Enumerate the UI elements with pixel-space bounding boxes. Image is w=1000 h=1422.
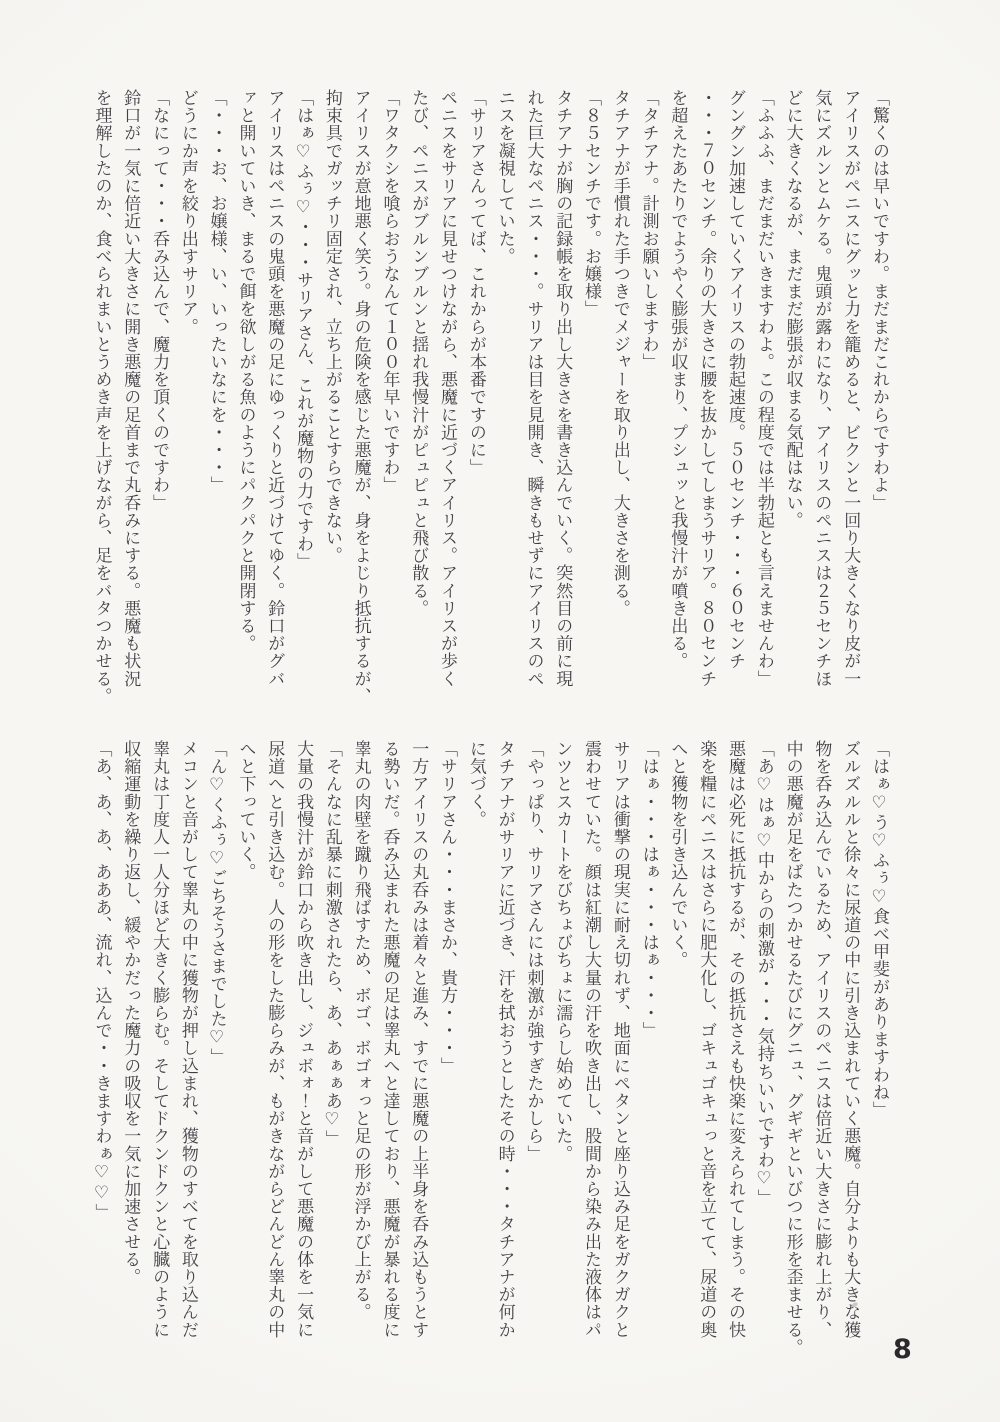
- text-line: どうにか声を絞り出すサリア。: [173, 89, 202, 711]
- text-line: 中の悪魔が足をばたつかせるたびにグニュ、グギギといびつに形を歪ませる。: [778, 740, 807, 1362]
- text-line: どに大きくなるが、まだまだ膨張が収まる気配はない。: [778, 89, 807, 711]
- text-line: アイリスがペニスにグッと力を籠めると、ビクンと一回り大きくなり皮が一: [835, 89, 864, 711]
- text-line: メコンと音がして睾丸の中に獲物が押し込まれ、獲物のすべてを取り込んだ: [173, 740, 202, 1362]
- text-line: 「はぁ♡ふぅ♡・・・サリアさん、これが魔物の力ですわ」: [288, 89, 317, 711]
- text-line: 「・・・お、お嬢様、い、いったいなにを・・・」: [202, 89, 231, 711]
- text-line: 尿道へと引き込む。人の形をした膨らみが、もがきながらどんどん睾丸の中: [259, 740, 288, 1362]
- text-line: 鈴口が一気に倍近い大きさに開き悪魔の足首まで丸呑みにする。悪魔も状況: [115, 89, 144, 711]
- text-line: へと獲物を引き込んでいく。: [663, 740, 692, 1362]
- page-number: 8: [893, 1334, 912, 1365]
- text-line: サリアは衝撃の現実に耐え切れず、地面にペタンと座り込み足をガクガクと: [605, 740, 634, 1362]
- text-line: 「なにって・・・呑み込んで、魔力を頂くのですわ」: [144, 89, 173, 711]
- text-block-top: 「驚くのは早いですわ。まだまだこれからですわよ」アイリスがペニスにグッと力を籠め…: [87, 89, 893, 711]
- text-line: を理解したのか、食べられまいとうめき声を上げながら、足をバタつかせる。: [87, 89, 116, 711]
- text-line: アイリスはペニスの鬼頭を悪魔の足にゆっくりと近づけてゆく。鈴口がグバ: [259, 89, 288, 711]
- text-line: 「タチアナ。計測お願いしますわ」: [634, 89, 663, 711]
- text-line: 物を呑み込んでいるため、アイリスのペニスは倍近い大きさに膨れ上がり、: [807, 740, 836, 1362]
- text-line: 気にズルンとムケる。鬼頭が露わになり、アイリスのペニスは２５センチほ: [807, 89, 836, 711]
- text-block-bottom: 「はぁ♡う♡ふぅ♡食べ甲斐がありますわね」ズルズルルと徐々に尿道の中に引き込まれ…: [87, 740, 893, 1362]
- text-line: アイリスが意地悪く笑う。身の危険を感じた悪魔が、身をよじり抵抗するが、: [346, 89, 375, 711]
- text-line: 「ワタクシを喰らおうなんて１００年早いですわ」: [375, 89, 404, 711]
- text-line: 大量の我慢汁が鈴口から吹き出し、ジュボォ！と音がして悪魔の体を一気に: [288, 740, 317, 1362]
- text-line: たび、ペニスがブルンブルンと揺れ我慢汁がピュピュと飛び散る。: [403, 89, 432, 711]
- text-line: 拘束具でガッチリ固定され、立ち上がることすらできない。: [317, 89, 346, 711]
- text-line: 収縮運動を繰り返し、緩やかだった魔力の吸収を一気に加速させる。: [115, 740, 144, 1362]
- text-line: ニスを凝視していた。: [490, 89, 519, 711]
- text-line: ンツとスカートをびちょびちょに濡らし始めていた。: [547, 740, 576, 1362]
- text-line: ァと開いていき、まるで餌を欲しがる魚のようにパクパクと開閉する。: [231, 89, 260, 711]
- text-line: を超えたあたりでようやく膨張が収まり、プシュッと我慢汁が噴き出る。: [663, 89, 692, 711]
- text-line: タチアナが手慣れた手つきでメジャーを取り出し、大きさを測る。: [605, 89, 634, 711]
- text-line: ズルズルルと徐々に尿道の中に引き込まれていく悪魔。自分よりも大きな獲: [835, 740, 864, 1362]
- text-line: ・・・７０センチ。余りの大きさに腰を抜かしてしまうサリア。８０センチ: [691, 89, 720, 711]
- text-line: に気づく。: [461, 740, 490, 1362]
- text-line: 「ふふふ、まだまだいきますわよ。この程度では半勃起とも言えませんわ」: [749, 89, 778, 711]
- text-line: 「あ♡はぁ♡中からの刺激が・・・気持ちいいですわ♡」: [749, 740, 778, 1362]
- text-line: タチアナがサリアに近づき、汗を拭おうとしたその時・・・タチアナが何か: [490, 740, 519, 1362]
- document-page: 「驚くのは早いですわ。まだまだこれからですわよ」アイリスがペニスにグッと力を籠め…: [0, 0, 1000, 1422]
- text-line: 震わせていた。顔は紅潮し大量の汗を吹き出し、股間から染み出た液体はパ: [576, 740, 605, 1362]
- text-line: 「やっぱり、サリアさんには刺激が強すぎたかしら」: [519, 740, 548, 1362]
- text-line: 「サリアさん・・・まさか、貴方・・・」: [432, 740, 461, 1362]
- text-line: ペニスをサリアに見せつけながら、悪魔に近づくアイリス。アイリスが歩く: [432, 89, 461, 711]
- text-line: 悪魔は必死に抵抗するが、その抵抗さえも快楽に変えられてしまう。その快: [720, 740, 749, 1362]
- text-line: 睾丸の肉壁を蹴り飛ばすため、ボゴ、ボゴォっと足の形が浮かび上がる。: [346, 740, 375, 1362]
- text-line: 「そんなに乱暴に刺激されたら、あ、あぁぁあ♡」: [317, 740, 346, 1362]
- text-line: 一方アイリスの丸呑みは着々と進み、すでに悪魔の上半身を呑み込もうとす: [403, 740, 432, 1362]
- text-line: 「あ、あ、あ、あああ、流れ、込んで・・きますわぁ♡♡」: [87, 740, 116, 1362]
- text-line: へと下っていく。: [231, 740, 260, 1362]
- text-line: タチアナが胸の記録帳を取り出し大きさを書き込んでいく。突然目の前に現: [547, 89, 576, 711]
- text-line: 「サリアさんってば、これからが本番ですのに」: [461, 89, 490, 711]
- text-line: 「はぁ・・・はぁ・・・はぁ・・・」: [634, 740, 663, 1362]
- text-line: る勢いだ。呑み込まれた悪魔の足は睾丸へと達しており、悪魔が暴れる度に: [375, 740, 404, 1362]
- text-line: グングン加速していくアイリスの勃起速度。５０センチ・・・６０センチ: [720, 89, 749, 711]
- text-line: 「はぁ♡う♡ふぅ♡食べ甲斐がありますわね」: [864, 740, 893, 1362]
- text-line: 楽を糧にペニスはさらに肥大化し、ゴキュゴキュっと音を立てて、尿道の奥: [691, 740, 720, 1362]
- text-line: 「８５センチです。お嬢様」: [576, 89, 605, 711]
- text-line: れた巨大なペニス・・・。サリアは目を見開き、瞬きもせずにアイリスのペ: [519, 89, 548, 711]
- text-line: 睾丸は丁度人一人分ほど大きく膨らむ。そしてドクンドクンと心臓のように: [144, 740, 173, 1362]
- text-line: 「驚くのは早いですわ。まだまだこれからですわよ」: [864, 89, 893, 711]
- text-line: 「ん♡くふぅ♡ごちそうさまでした♡」: [202, 740, 231, 1362]
